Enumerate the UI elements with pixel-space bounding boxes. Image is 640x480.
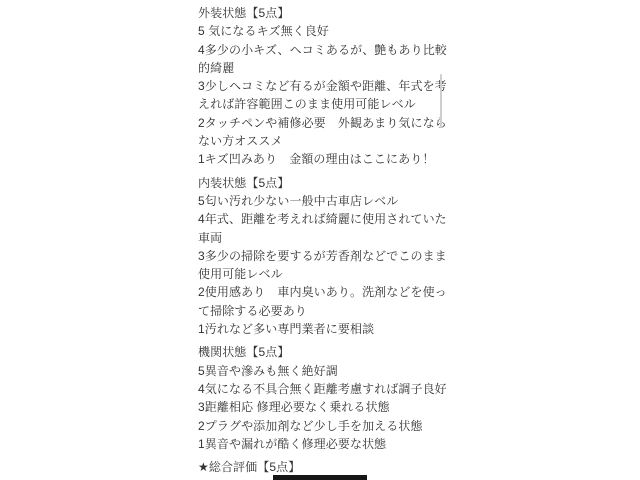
interior-rating-4-cont: 車両: [198, 229, 448, 247]
interior-rating-2: 2使用感あり 車内臭いあり。洗剤などを使っ: [198, 283, 448, 301]
section-mechanical-condition: 機関状態【5点】 5異音や滲みも無く絶好調 4気になる不具合無く距離考慮すれば調…: [198, 343, 448, 453]
overall-rating-underline-bar: [273, 475, 367, 480]
listing-description-page: 外装状態【5点】 5 気になるキズ無く良好 4多少の小キズ、ヘコミあるが、艶もあ…: [0, 0, 640, 480]
exterior-rating-2: 2タッチペンや補修必要 外観あまり気になら: [198, 114, 448, 132]
interior-rating-3: 3多少の掃除を要するが芳香剤などでこのまま: [198, 247, 448, 265]
interior-rating-1: 1汚れなど多い専門業者に要相談: [198, 320, 448, 338]
section-exterior-condition: 外装状態【5点】 5 気になるキズ無く良好 4多少の小キズ、ヘコミあるが、艶もあ…: [198, 4, 448, 169]
interior-rating-2-cont: て掃除する必要あり: [198, 302, 448, 320]
mechanical-rating-4: 4気になる不具合無く距離考慮すれば調子良好: [198, 380, 448, 398]
exterior-rating-1: 1キズ凹みあり 金額の理由はここにあり！: [198, 150, 448, 168]
mechanical-rating-2: 2プラグや添加剤など少し手を加える状態: [198, 417, 448, 435]
interior-rating-3-cont: 使用可能レベル: [198, 265, 448, 283]
overall-rating-heading: ★総合評価【5点】: [198, 458, 448, 476]
interior-rating-4: 4年式、距離を考えれば綺麗に使用されていた: [198, 210, 448, 228]
interior-rating-5: 5匂い汚れ少ない一般中古車店レベル: [198, 192, 448, 210]
exterior-rating-3: 3少しヘコミなど有るが金額や距離、年式を考: [198, 77, 448, 95]
exterior-rating-4-cont: 的綺麗: [198, 59, 448, 77]
exterior-rating-4: 4多少の小キズ、ヘコミあるが、艶もあり比較: [198, 41, 448, 59]
section-interior-condition: 内装状態【5点】 5匂い汚れ少ない一般中古車店レベル 4年式、距離を考えれば綺麗…: [198, 174, 448, 339]
exterior-section-title: 外装状態【5点】: [198, 4, 448, 22]
vehicle-condition-text: 外装状態【5点】 5 気になるキズ無く良好 4多少の小キズ、ヘコミあるが、艶もあ…: [198, 4, 448, 476]
mechanical-rating-3: 3距離相応 修理必要なく乗れる状態: [198, 398, 448, 416]
exterior-rating-3-cont: えれば許容範囲このまま使用可能レベル: [198, 95, 448, 113]
mechanical-section-title: 機関状態【5点】: [198, 343, 448, 361]
mechanical-rating-5: 5異音や滲みも無く絶好調: [198, 362, 448, 380]
exterior-rating-5: 5 気になるキズ無く良好: [198, 22, 448, 40]
interior-section-title: 内装状態【5点】: [198, 174, 448, 192]
scrollbar-thumb[interactable]: [440, 74, 442, 128]
mechanical-rating-1: 1異音や漏れが酷く修理必要な状態: [198, 435, 448, 453]
exterior-rating-2-cont: ない方オススメ: [198, 132, 448, 150]
